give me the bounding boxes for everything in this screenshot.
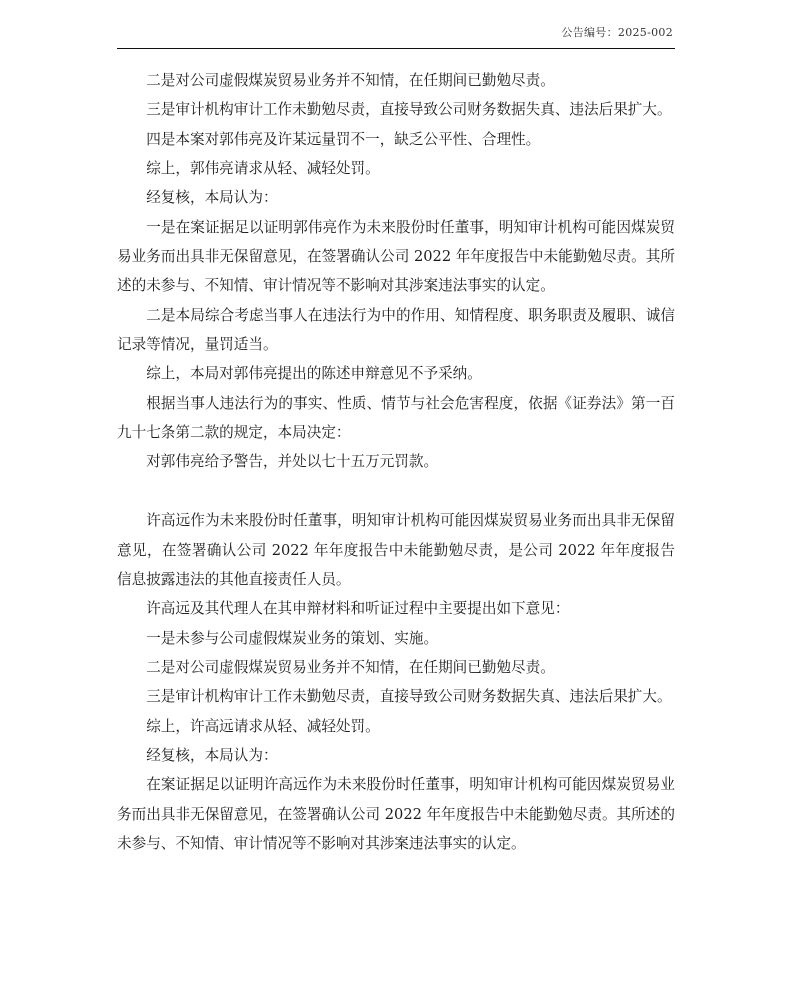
paragraph: 综上，许高远请求从轻、减轻处罚。 <box>117 712 675 741</box>
announcement-number: 公告编号：2025-002 <box>561 24 673 40</box>
blank-line <box>117 477 675 506</box>
paragraph: 二是对公司虚假煤炭贸易业务并不知情，在任期间已勤勉尽责。 <box>117 653 675 682</box>
document-body: 二是对公司虚假煤炭贸易业务并不知情，在任期间已勤勉尽责。 三是审计机构审计工作未… <box>117 66 675 858</box>
paragraph: 经复核，本局认为： <box>117 183 675 212</box>
paragraph: 许高远及其代理人在其申辩材料和听证过程中主要提出如下意见： <box>117 594 675 623</box>
paragraph: 综上，郭伟亮请求从轻、减轻处罚。 <box>117 154 675 183</box>
paragraph: 一是未参与公司虚假煤炭业务的策划、实施。 <box>117 624 675 653</box>
paragraph: 一是在案证据足以证明郭伟亮作为未来股份时任董事，明知审计机构可能因煤炭贸易业务而… <box>117 213 675 301</box>
paragraph: 二是本局综合考虑当事人在违法行为中的作用、知情程度、职务职责及履职、诚信记录等情… <box>117 301 675 360</box>
paragraph: 四是本案对郭伟亮及许某远量罚不一，缺乏公平性、合理性。 <box>117 125 675 154</box>
paragraph: 三是审计机构审计工作未勤勉尽责，直接导致公司财务数据失真、违法后果扩大。 <box>117 682 675 711</box>
header-divider <box>117 48 675 49</box>
paragraph: 许高远作为未来股份时任董事，明知审计机构可能因煤炭贸易业务而出具非无保留意见，在… <box>117 506 675 594</box>
paragraph: 三是审计机构审计工作未勤勉尽责，直接导致公司财务数据失真、违法后果扩大。 <box>117 95 675 124</box>
paragraph: 在案证据足以证明许高远作为未来股份时任董事，明知审计机构可能因煤炭贸易业务而出具… <box>117 770 675 858</box>
paragraph: 经复核，本局认为： <box>117 741 675 770</box>
paragraph: 二是对公司虚假煤炭贸易业务并不知情，在任期间已勤勉尽责。 <box>117 66 675 95</box>
paragraph: 根据当事人违法行为的事实、性质、情节与社会危害程度，依据《证券法》第一百九十七条… <box>117 389 675 448</box>
paragraph: 综上，本局对郭伟亮提出的陈述申辩意见不予采纳。 <box>117 359 675 388</box>
paragraph: 对郭伟亮给予警告，并处以七十五万元罚款。 <box>117 447 675 476</box>
